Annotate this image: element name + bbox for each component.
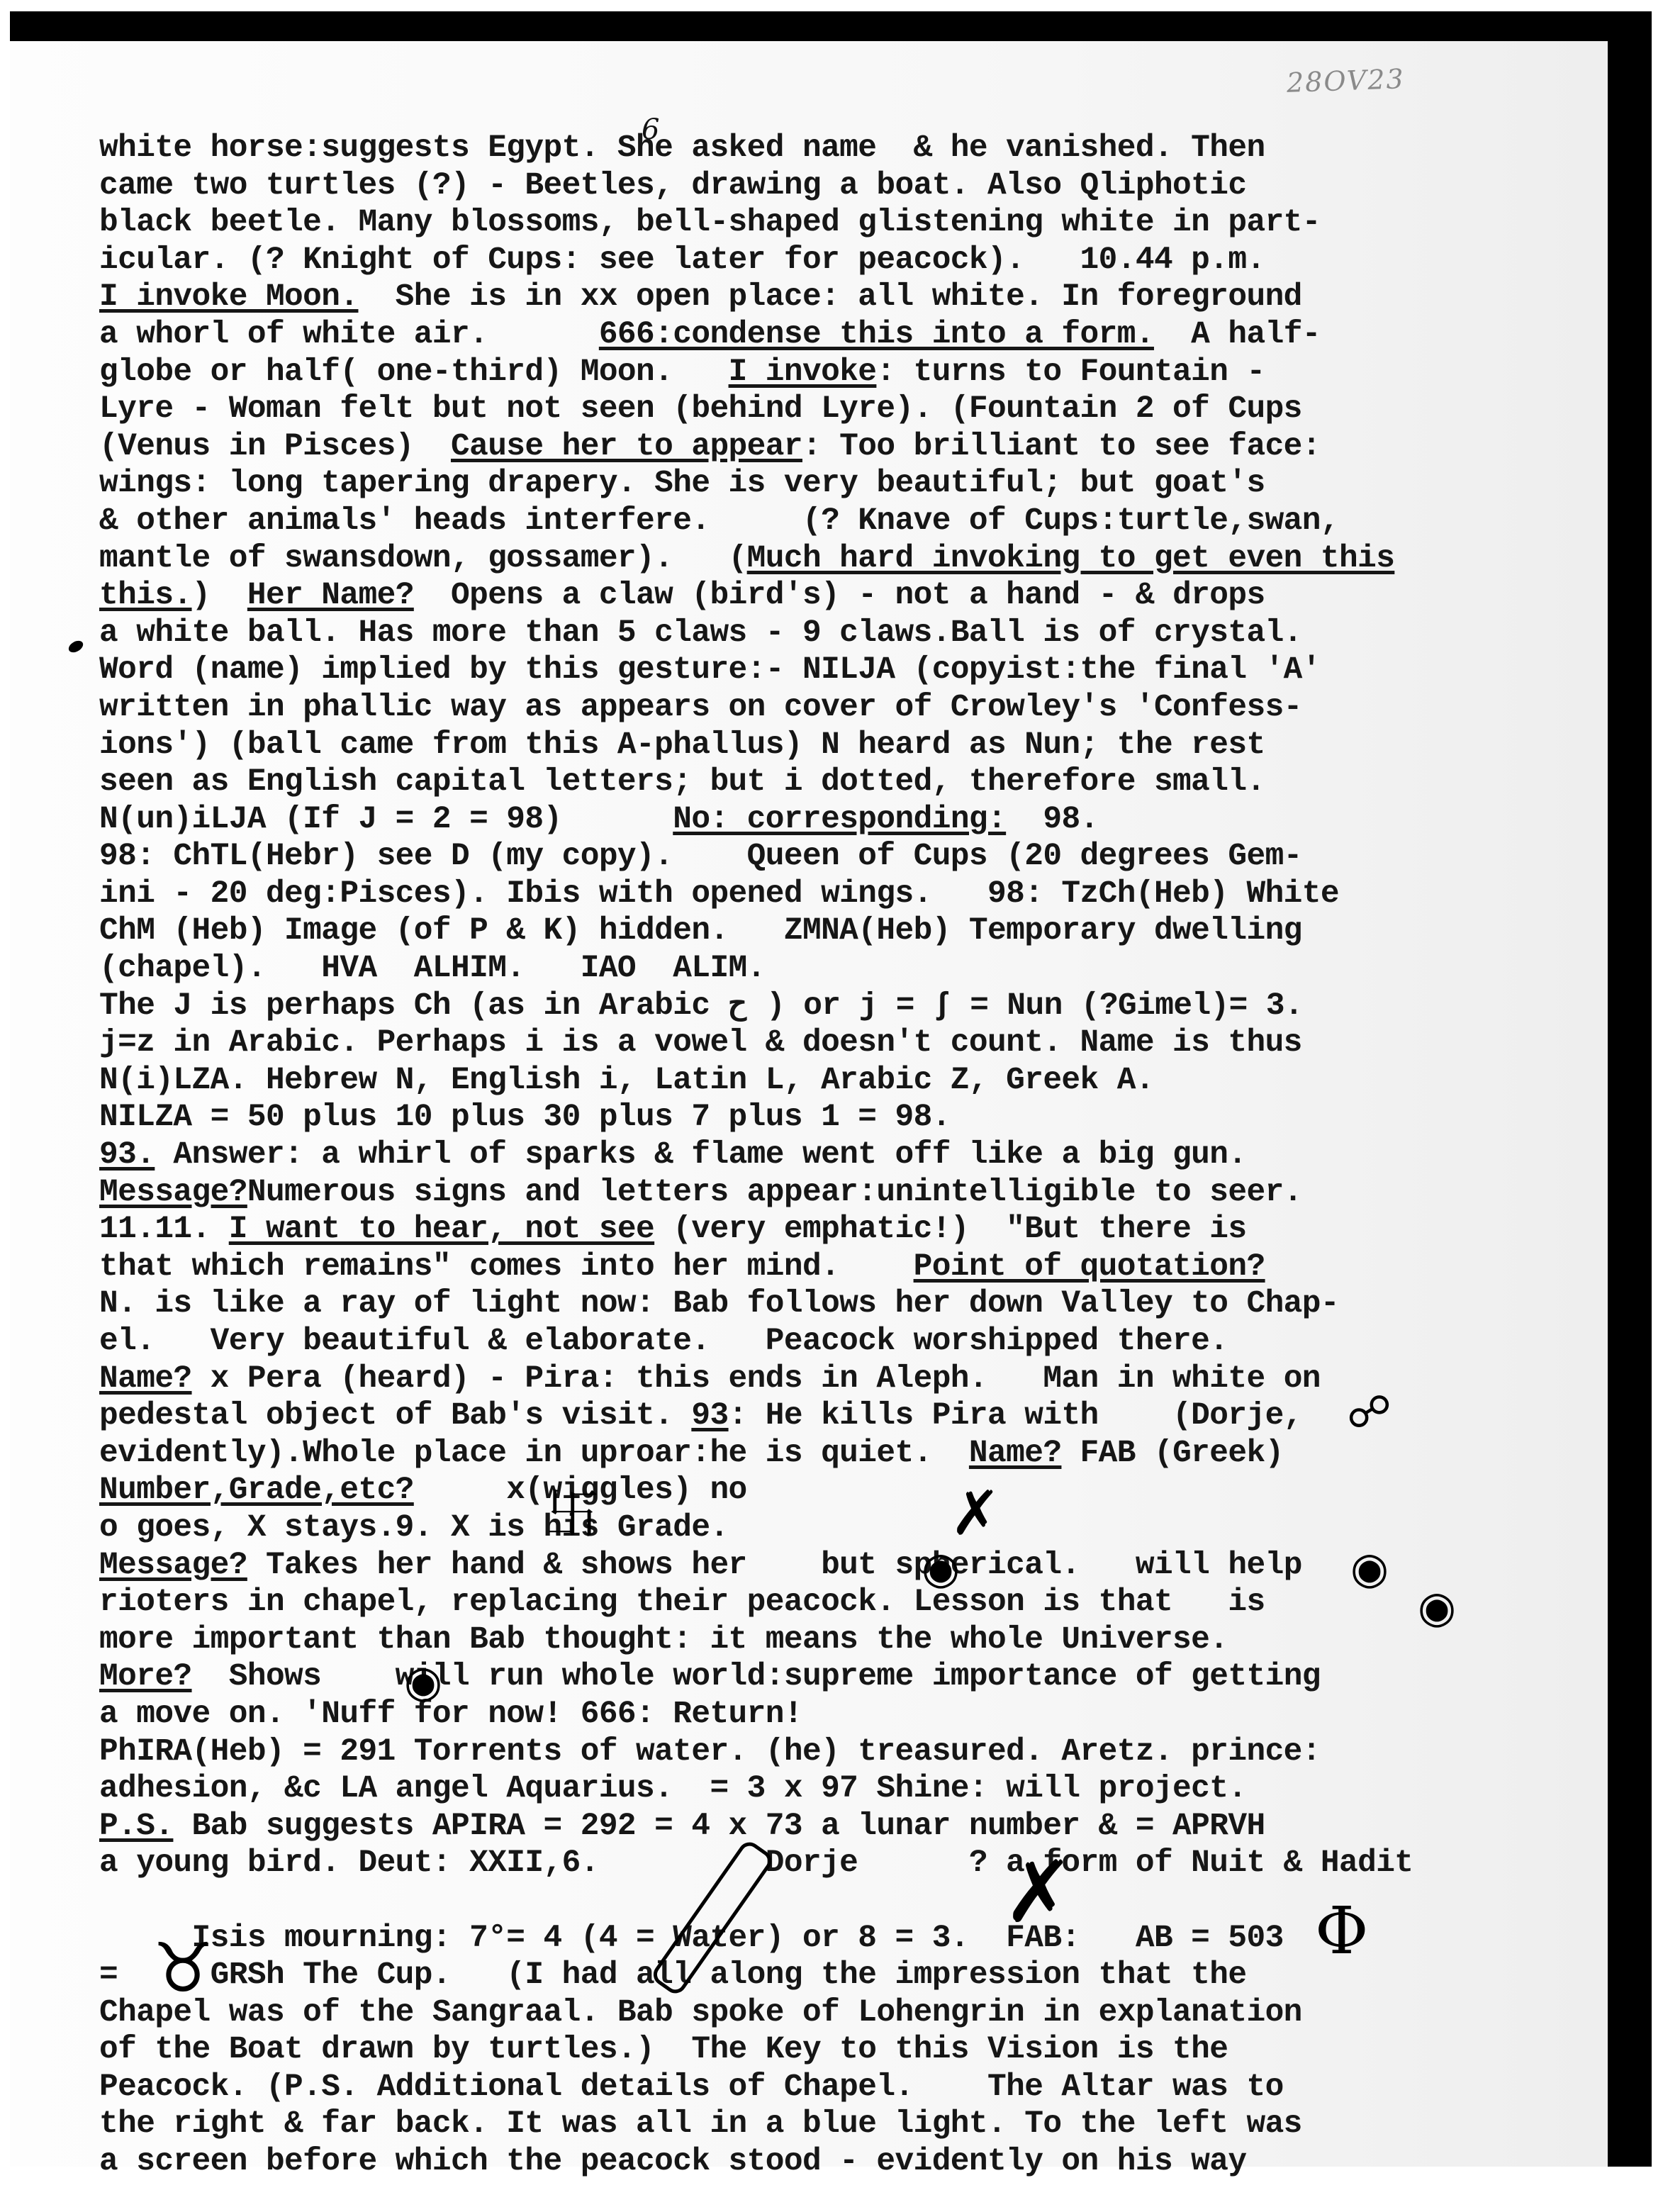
text-run: ChM (Heb) Image (of P & K) hidden. ZMNA(… <box>99 913 1302 949</box>
text-line: rioters in chapel, replacing their peaco… <box>99 1584 1623 1621</box>
text-line: mantle of swansdown, gossamer). (Much ha… <box>99 540 1623 578</box>
text-line: 93. Answer: a whirl of sparks & flame we… <box>99 1136 1623 1174</box>
text-line: o goes, X stays.9. X is his Grade. <box>99 1509 1623 1547</box>
cross-symbol-icon: ✗ <box>950 1478 1001 1549</box>
text-run: : He kills Pira with (Dorje, <box>729 1398 1302 1434</box>
text-run: Word (name) implied by this gesture:- NI… <box>99 652 1321 688</box>
text-run: ions') (ball came from this A-phallus) N… <box>99 727 1265 763</box>
text-run: written in phallic way as appears on cov… <box>99 690 1302 725</box>
text-run: pedestal object of Bab's visit. <box>99 1398 691 1434</box>
text-run: & other animals' heads interfere. (? Kna… <box>99 503 1339 539</box>
text-run: j=z in Arabic. Perhaps i is a vowel & do… <box>99 1025 1302 1061</box>
text-run: A half- <box>1154 317 1321 352</box>
text-run: came two turtles (?) - Beetles, drawing … <box>99 168 1246 203</box>
text-line: = GRSh The Cup. (I had all along the imp… <box>99 1957 1623 1994</box>
underlined-phrase: 93 <box>691 1398 728 1434</box>
text-line: wings: long tapering drapery. She is ver… <box>99 465 1623 503</box>
circumpunct-icon: ◉ <box>1350 1542 1389 1594</box>
swastika-symbol-icon: 卐 <box>546 1471 600 1548</box>
text-run: rioters in chapel, replacing their peaco… <box>99 1585 1265 1620</box>
phi-symbol-icon: Φ <box>1315 1893 1368 1969</box>
text-line: a screen before which the peacock stood … <box>99 2143 1623 2181</box>
text-run: the right & far back. It was all in a bl… <box>99 2106 1302 2142</box>
text-line: that which remains" comes into her mind.… <box>99 1249 1623 1286</box>
text-run: ini - 20 deg:Pisces). Ibis with opened w… <box>99 876 1339 912</box>
text-run: a move on. 'Nuff for now! 666: Return! <box>99 1697 802 1732</box>
text-run: She is in xx open place: all white. In f… <box>358 279 1301 315</box>
text-run: 11.11. <box>99 1212 229 1247</box>
text-run: mantle of swansdown, gossamer). ( <box>99 541 747 576</box>
text-run: of the Boat drawn by turtles.) The Key t… <box>99 2032 1228 2067</box>
circumpunct-icon: ◉ <box>922 1542 960 1594</box>
underlined-phrase: I invoke <box>729 354 877 390</box>
text-run: N. is like a ray of light now: Bab follo… <box>99 1286 1339 1322</box>
scan-border-top <box>10 11 1652 41</box>
text-line: Chapel was of the Sangraal. Bab spoke of… <box>99 1994 1623 2032</box>
text-line: N(un)iLJA (If J = 2 = 98) No: correspond… <box>99 801 1623 839</box>
underlined-phrase: Name? <box>99 1361 192 1397</box>
text-line: Peacock. (P.S. Additional details of Cha… <box>99 2069 1623 2106</box>
text-line: ini - 20 deg:Pisces). Ibis with opened w… <box>99 876 1623 913</box>
text-run: globe or half( one-third) Moon. <box>99 354 729 390</box>
text-line: a white ball. Has more than 5 claws - 9 … <box>99 615 1623 652</box>
underlined-phrase: P.S. <box>99 1809 173 1844</box>
text-line: (chapel). HVA ALHIM. IAO ALIM. <box>99 950 1623 988</box>
text-run: (Venus in Pisces) <box>99 429 451 464</box>
text-line: PhIRA(Heb) = 291 Torrents of water. (he)… <box>99 1733 1623 1771</box>
text-line: Message? Takes her hand & shows her but … <box>99 1547 1623 1585</box>
text-run: N(un)iLJA (If J = 2 = 98) <box>99 802 673 837</box>
text-run: : turns to Fountain - <box>876 354 1265 390</box>
text-line: Name? x Pera (heard) - Pira: this ends i… <box>99 1361 1623 1398</box>
underlined-phrase: Message? <box>99 1175 247 1210</box>
underlined-phrase: Number,Grade,etc? <box>99 1473 414 1508</box>
text-line: came two turtles (?) - Beetles, drawing … <box>99 167 1623 205</box>
text-run: white horse:suggests Egypt. She asked na… <box>99 130 1265 166</box>
text-line: More? Shows will run whole world:supreme… <box>99 1658 1623 1696</box>
circumpunct-icon: ◉ <box>404 1655 442 1707</box>
text-run: Shows will run whole world:supreme impor… <box>192 1659 1321 1694</box>
text-run: evidently).Whole place in uproar:he is q… <box>99 1436 969 1471</box>
text-run: NILZA = 50 plus 10 plus 30 plus 7 plus 1… <box>99 1100 951 1135</box>
text-line: adhesion, &c LA angel Aquarius. = 3 x 97… <box>99 1770 1623 1808</box>
text-line: (Venus in Pisces) Cause her to appear: T… <box>99 428 1623 466</box>
text-run: Answer: a whirl of sparks & flame went o… <box>155 1137 1246 1173</box>
text-run: el. Very beautiful & elaborate. Peacock … <box>99 1324 1228 1359</box>
text-line: black beetle. Many blossoms, bell-shaped… <box>99 204 1623 242</box>
text-line: globe or half( one-third) Moon. I invoke… <box>99 354 1623 391</box>
text-line: I invoke Moon. She is in xx open place: … <box>99 279 1623 316</box>
text-line: 11.11. I want to hear, not see (very emp… <box>99 1211 1623 1249</box>
text-line: the right & far back. It was all in a bl… <box>99 2106 1623 2143</box>
text-run: icular. (? Knight of Cups: see later for… <box>99 242 1265 278</box>
underlined-phrase: 666:condense this into a form. <box>599 317 1154 352</box>
text-run: Takes her hand & shows her but spherical… <box>247 1548 1302 1583</box>
underlined-phrase: this. <box>99 578 192 613</box>
text-run: (chapel). HVA ALHIM. IAO ALIM. <box>99 951 766 986</box>
text-run: (very emphatic!) "But there is <box>654 1212 1246 1247</box>
text-run: Opens a claw (bird's) - not a hand - & d… <box>414 578 1265 613</box>
text-run: Peacock. (P.S. Additional details of Cha… <box>99 2069 1284 2105</box>
text-line: The J is perhaps Ch (as in Arabic ح ) or… <box>99 988 1623 1025</box>
text-line: a young bird. Deut: XXII,6. Dorje ? a fo… <box>99 1845 1623 1882</box>
isis-cup-symbol-icon: ♉ <box>152 1928 213 2008</box>
text-run: Numerous signs and letters appear:uninte… <box>247 1175 1302 1210</box>
text-line: icular. (? Knight of Cups: see later for… <box>99 242 1623 279</box>
text-run: 98. <box>1006 802 1099 837</box>
text-line: Isis mourning: 7°= 4 (4 = Water) or 8 = … <box>99 1920 1623 1957</box>
text-run: PhIRA(Heb) = 291 Torrents of water. (he)… <box>99 1734 1321 1770</box>
text-line: of the Boat drawn by turtles.) The Key t… <box>99 2031 1623 2069</box>
text-line: P.S. Bab suggests APIRA = 292 = 4 x 73 a… <box>99 1808 1623 1845</box>
text-run: black beetle. Many blossoms, bell-shaped… <box>99 205 1321 240</box>
text-run: : Too brilliant to see face: <box>802 429 1321 464</box>
text-line: Message?Numerous signs and letters appea… <box>99 1174 1623 1212</box>
text-line: evidently).Whole place in uproar:he is q… <box>99 1435 1623 1473</box>
underlined-phrase: 93. <box>99 1137 155 1173</box>
underlined-phrase: Message? <box>99 1548 247 1583</box>
text-run: x Pera (heard) - Pira: this ends in Alep… <box>192 1361 1321 1397</box>
underlined-phrase: No: corresponding: <box>673 802 1006 837</box>
cross-symbol-icon: ✗ <box>1003 1843 1075 1942</box>
text-line: NILZA = 50 plus 10 plus 30 plus 7 plus 1… <box>99 1099 1623 1136</box>
text-line: a move on. 'Nuff for now! 666: Return! <box>99 1696 1623 1733</box>
underlined-phrase: I invoke Moon. <box>99 279 358 315</box>
underlined-phrase: I want to hear, not see <box>229 1212 654 1247</box>
text-line: j=z in Arabic. Perhaps i is a vowel & do… <box>99 1024 1623 1062</box>
text-line: Lyre - Woman felt but not seen (behind L… <box>99 391 1623 428</box>
underlined-phrase: Much hard invoking to get even this <box>747 541 1395 576</box>
underlined-phrase: Her Name? <box>247 578 414 613</box>
text-line: Word (name) implied by this gesture:- NI… <box>99 652 1623 689</box>
text-run: Lyre - Woman felt but not seen (behind L… <box>99 391 1302 427</box>
text-line: ChM (Heb) Image (of P & K) hidden. ZMNA(… <box>99 912 1623 950</box>
text-line: white horse:suggests Egypt. She asked na… <box>99 130 1623 167</box>
text-line: el. Very beautiful & elaborate. Peacock … <box>99 1323 1623 1361</box>
text-run: adhesion, &c LA angel Aquarius. = 3 x 97… <box>99 1771 1246 1806</box>
handwritten-note: 28OV23 <box>1286 63 1405 99</box>
text-run: ) <box>192 578 247 613</box>
text-run: a screen before which the peacock stood … <box>99 2144 1246 2179</box>
text-run: wings: long tapering drapery. She is ver… <box>99 466 1265 501</box>
underlined-phrase: Cause her to appear <box>451 429 802 464</box>
text-line: 98: ChTL(Hebr) see D (my copy). Queen of… <box>99 838 1623 876</box>
text-run: more important than Bab thought: it mean… <box>99 1622 1228 1658</box>
text-run: a white ball. Has more than 5 claws - 9 … <box>99 615 1302 651</box>
text-line: & other animals' heads interfere. (? Kna… <box>99 503 1623 540</box>
text-run: N(i)LZA. Hebrew N, English i, Latin L, A… <box>99 1063 1154 1098</box>
text-run: seen as English capital letters; but i d… <box>99 764 1265 800</box>
circumpunct-icon: ◉ <box>1418 1581 1456 1633</box>
text-run: Bab suggests APIRA = 292 = 4 x 73 a luna… <box>173 1809 1265 1844</box>
text-line: Number,Grade,etc? x(wiggles) no <box>99 1472 1623 1509</box>
text-line: N. is like a ray of light now: Bab follo… <box>99 1285 1623 1323</box>
text-run: FAB (Greek) <box>1061 1436 1283 1471</box>
text-line: N(i)LZA. Hebrew N, English i, Latin L, A… <box>99 1062 1623 1100</box>
underlined-phrase: Name? <box>969 1436 1062 1471</box>
document-body: white horse:suggests Egypt. She asked na… <box>99 130 1623 2181</box>
text-run: o goes, X stays.9. X is his Grade. <box>99 1510 729 1546</box>
text-line: written in phallic way as appears on cov… <box>99 689 1623 727</box>
text-run: that which remains" comes into her mind. <box>99 1249 914 1285</box>
text-line: this.) Her Name? Opens a claw (bird's) -… <box>99 577 1623 615</box>
text-run: The J is perhaps Ch (as in Arabic ح ) or… <box>99 988 1303 1024</box>
text-run: a whorl of white air. <box>99 317 599 352</box>
underlined-phrase: More? <box>99 1659 192 1694</box>
text-run: 98: ChTL(Hebr) see D (my copy). Queen of… <box>99 839 1302 874</box>
text-line: more important than Bab thought: it mean… <box>99 1621 1623 1659</box>
underlined-phrase: Point of quotation? <box>914 1249 1265 1285</box>
dorje-small-icon: ☍ <box>1347 1386 1392 1438</box>
text-line: pedestal object of Bab's visit. 93: He k… <box>99 1397 1623 1435</box>
text-line <box>99 1882 1623 1920</box>
text-line: seen as English capital letters; but i d… <box>99 764 1623 801</box>
text-line: a whorl of white air. 666:condense this … <box>99 316 1623 354</box>
text-run: Chapel was of the Sangraal. Bab spoke of… <box>99 1995 1302 2031</box>
text-line: ions') (ball came from this A-phallus) N… <box>99 727 1623 764</box>
